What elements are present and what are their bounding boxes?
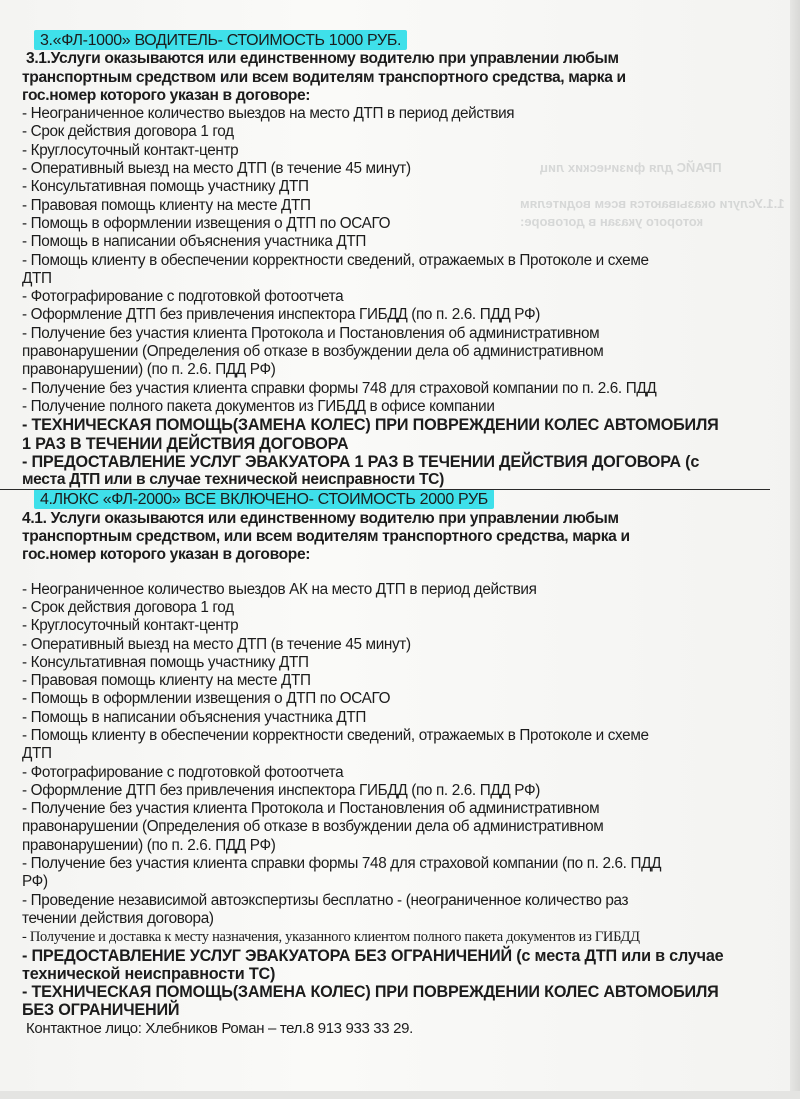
list-item: - Фотографирование с подготовкой фотоотч…	[22, 288, 782, 306]
section-4-bold-services: - ПРЕДОСТАВЛЕНИЕ УСЛУГ ЭВАКУАТОРА БЕЗ ОГ…	[22, 947, 782, 1020]
list-item: РФ)	[22, 873, 782, 891]
list-item-bold: - ПРЕДОСТАВЛЕНИЕ УСЛУГ ЭВАКУАТОРА 1 РАЗ …	[22, 453, 782, 471]
list-item: правонарушении (Определения об отказе в …	[22, 818, 782, 836]
list-item: - Помощь клиенту в обеспечении корректно…	[22, 252, 782, 270]
list-item: - Получение без участия клиента Протокол…	[22, 325, 782, 343]
list-item: - Консультативная помощь участнику ДТП	[22, 178, 782, 196]
section-4-heading: 4.ЛЮКС «ФЛ-2000» ВСЕ ВКЛЮЧЕНО- СТОИМОСТЬ…	[34, 489, 782, 509]
list-item: - Оформление ДТП без привлечения инспект…	[22, 782, 782, 800]
highlighted-heading: 3.«ФЛ-1000» ВОДИТЕЛЬ- СТОИМОСТЬ 1000 РУБ…	[34, 30, 407, 50]
list-item: - Получение полного пакета документов из…	[22, 398, 782, 416]
section-4-serif-item: - Получение и доставка к месту назначени…	[22, 928, 782, 946]
list-item: - Получение без участия клиента справки …	[22, 855, 782, 873]
list-item: - Неограниченное количество выездов на м…	[22, 105, 782, 123]
list-item: ДТП	[22, 745, 782, 763]
list-item: - Круглосуточный контакт-центр	[22, 142, 782, 160]
list-item: - Срок действия договора 1 год	[22, 123, 782, 141]
scan-edge	[790, 0, 800, 1099]
list-item: ДТП	[22, 270, 782, 288]
list-item-bold: технической неисправности ТС)	[22, 965, 782, 983]
list-item: правонарушении (Определения об отказе в …	[22, 343, 782, 361]
list-item: - Срок действия договора 1 год	[22, 599, 782, 617]
list-item: - Правовая помощь клиенту на месте ДТП	[22, 672, 782, 690]
list-item: - Оформление ДТП без привлечения инспект…	[22, 306, 782, 324]
scan-edge	[0, 1091, 800, 1099]
spacer	[22, 565, 782, 581]
list-item: - Оперативный выезд на место ДТП (в тече…	[22, 636, 782, 654]
highlighted-heading: 4.ЛЮКС «ФЛ-2000» ВСЕ ВКЛЮЧЕНО- СТОИМОСТЬ…	[34, 489, 494, 509]
list-item: - Помощь в написании объяснения участник…	[22, 233, 782, 251]
list-item: - Круглосуточный контакт-центр	[22, 617, 782, 635]
list-item: - Консультативная помощь участнику ДТП	[22, 654, 782, 672]
list-item: - Фотографирование с подготовкой фотоотч…	[22, 764, 782, 782]
list-item: правонарушении) (по п. 2.6. ПДД РФ)	[22, 361, 782, 379]
list-item: - Неограниченное количество выездов АК н…	[22, 581, 782, 599]
section-3-caps-tail: места ДТП или в случае технической неисп…	[22, 471, 782, 489]
list-item-bold: 1 РАЗ В ТЕЧЕНИИ ДЕЙСТВИЯ ДОГОВОРА	[22, 435, 782, 453]
list-item: - Помощь в оформлении извещения о ДТП по…	[22, 690, 782, 708]
section-3-service-list: - Неограниченное количество выездов на м…	[22, 105, 782, 416]
section-4-service-list: - Неограниченное количество выездов АК н…	[22, 581, 782, 929]
list-item: - Помощь клиенту в обеспечении корректно…	[22, 727, 782, 745]
list-item: - Помощь в написании объяснения участник…	[22, 709, 782, 727]
list-item: - Правовая помощь клиенту на месте ДТП	[22, 197, 782, 215]
section-divider-line	[0, 489, 770, 490]
section-3-heading: 3.«ФЛ-1000» ВОДИТЕЛЬ- СТОИМОСТЬ 1000 РУБ…	[34, 30, 782, 50]
list-item: правонарушении) (по п. 2.6. ПДД РФ)	[22, 837, 782, 855]
section-3-bold-services: - ТЕХНИЧЕСКАЯ ПОМОЩЬ(ЗАМЕНА КОЛЕС) ПРИ П…	[22, 416, 782, 471]
section-4-intro: транспортным средством, или всем водител…	[22, 528, 782, 546]
list-item: течении действия договора)	[22, 910, 782, 928]
list-item-bold: БЕЗ ОГРАНИЧЕНИЙ	[22, 1001, 782, 1019]
list-item-bold: - ПРЕДОСТАВЛЕНИЕ УСЛУГ ЭВАКУАТОРА БЕЗ ОГ…	[22, 947, 782, 965]
list-item: - Получение без участия клиента справки …	[22, 380, 782, 398]
list-item-bold: - ТЕХНИЧЕСКАЯ ПОМОЩЬ(ЗАМЕНА КОЛЕС) ПРИ П…	[22, 983, 782, 1001]
list-item: - Получение без участия клиента Протокол…	[22, 800, 782, 818]
list-item-bold: - ТЕХНИЧЕСКАЯ ПОМОЩЬ(ЗАМЕНА КОЛЕС) ПРИ П…	[22, 416, 782, 434]
section-4-intro: 4.1. Услуги оказываются или единственном…	[22, 510, 782, 528]
section-3-intro: 3.1.Услуги оказываются или единственному…	[22, 50, 782, 68]
contact-person: Контактное лицо: Хлебников Роман – тел.8…	[22, 1020, 782, 1038]
section-3-intro: гос.номер которого указан в договоре:	[22, 87, 782, 105]
section-3-intro: транспортным средством или всем водителя…	[22, 69, 782, 87]
list-item: - Проведение независимой автоэкспертизы …	[22, 892, 782, 910]
scanned-page: ПРАЙС для физических лиц 1.1.Услуги оказ…	[0, 0, 800, 1099]
document-body: 3.«ФЛ-1000» ВОДИТЕЛЬ- СТОИМОСТЬ 1000 РУБ…	[22, 30, 782, 1038]
section-4-intro: гос.номер которого указан в договоре:	[22, 546, 782, 564]
list-item: - Оперативный выезд на место ДТП (в тече…	[22, 160, 782, 178]
list-item: - Помощь в оформлении извещения о ДТП по…	[22, 215, 782, 233]
